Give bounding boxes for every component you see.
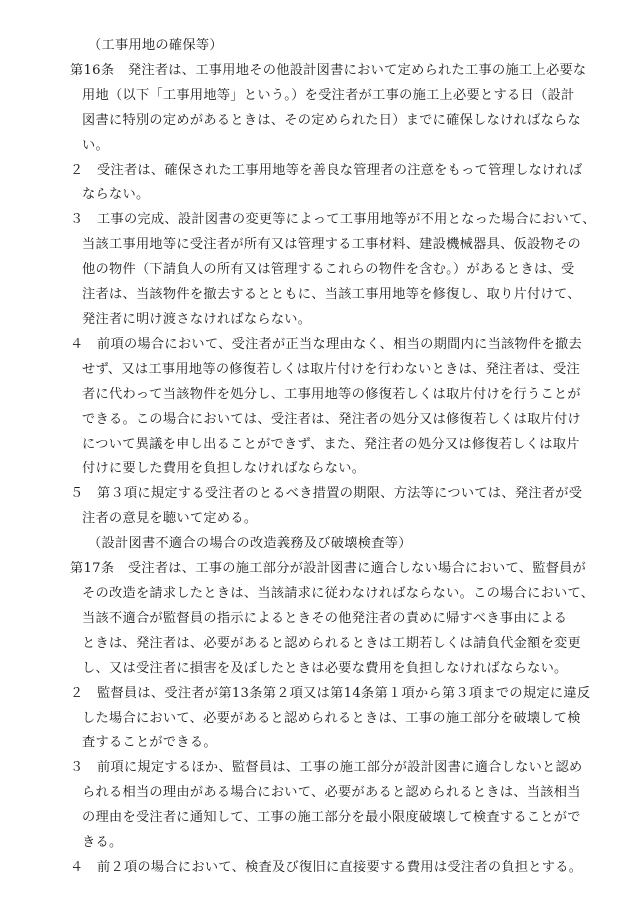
paragraph-first-line: ２ 監督員は、受注者が第13条第２項又は第14条第１項から第３項までの規定に違反 (70, 685, 590, 703)
paragraph-continuation-line: 他の物件（下請負人の所有又は管理するこれらの物件を含む。）があるときは、受 (82, 261, 574, 279)
paragraph-continuation-line: きる。 (82, 834, 122, 852)
paragraph-continuation-line: 図書に特別の定めがあるときは、その定められた日）までに確保しなければならな (82, 112, 581, 130)
document-page: （工事用地の確保等）第16条 発注者は、工事用地その他設計図書において定められた… (0, 0, 630, 903)
paragraph-continuation-line: 用地（以下「工事用地等」という。）を受注者が工事の施工上必要とする日（設計 (82, 87, 574, 105)
paragraph-continuation-line: 者に代わって当該物件を処分し、工事用地等の修復若しくは取片付けを行うことが (82, 386, 581, 404)
article-heading: （工事用地の確保等） (88, 37, 223, 55)
paragraph-continuation-line: せず、又は工事用地等の修復若しくは取片付けを行わないときは、発注者は、受注 (82, 361, 580, 379)
paragraph-continuation-line: 査することができる。 (82, 734, 217, 752)
paragraph-continuation-line: 発注者に明け渡さなければならない。 (82, 311, 311, 329)
paragraph-continuation-line: い。 (82, 137, 109, 155)
paragraph-first-line: ４ 前２項の場合において、検査及び復旧に直接要する費用は受注者の負担とする。 (70, 859, 582, 877)
paragraph-first-line: ５ 第３項に規定する受注者のとるべき措置の期限、方法等については、発注者が受 (70, 485, 582, 503)
article-heading: （設計図書不適合の場合の改造義務及び破壊検査等） (88, 535, 412, 553)
paragraph-continuation-line: その改造を請求したときは、当該請求に従わなければならない。この場合において、 (82, 585, 594, 603)
article-first-line: 第17条 受注者は、工事の施工部分が設計図書に適合しない場合において、監督員が (70, 560, 586, 578)
paragraph-continuation-line: ならない。 (82, 186, 149, 204)
paragraph-continuation-line: した場合において、必要があると認められるときは、工事の施工部分を破壊して検 (82, 710, 581, 728)
article-first-line: 第16条 発注者は、工事用地その他設計図書において定められた工事の施工上必要な (70, 62, 586, 80)
paragraph-continuation-line: られる相当の理由がある場合において、必要があると認められるときは、当該相当 (82, 784, 581, 802)
paragraph-first-line: ４ 前項の場合において、受注者が正当な理由なく、相当の期間内に当該物件を撤去 (70, 336, 582, 354)
paragraph-continuation-line: の理由を受注者に通知して、工事の施工部分を最小限度破壊して検査することがで (82, 809, 581, 827)
paragraph-continuation-line: できる。この場合においては、受注者は、発注者の処分又は修復若しくは取片付け (82, 411, 581, 429)
paragraph-continuation-line: 当該不適合が監督員の指示によるときその他発注者の責めに帰すべき事由による (82, 610, 567, 628)
paragraph-continuation-line: ときは、発注者は、必要があると認められるときは工期若しくは請負代金額を変更 (82, 635, 581, 653)
paragraph-first-line: ３ 工事の完成、設計図書の変更等によって工事用地等が不用となった場合において、 (70, 211, 596, 229)
paragraph-continuation-line: 注者の意見を聴いて定める。 (82, 510, 257, 528)
paragraph-continuation-line: 注者は、当該物件を撤去するとともに、当該工事用地等を修復し、取り片付けて、 (82, 286, 581, 304)
paragraph-first-line: ３ 前項に規定するほか、監督員は、工事の施工部分が設計図書に適合しないと認め (70, 759, 583, 777)
paragraph-continuation-line: 当該工事用地等に受注者が所有又は管理する工事材料、建設機械器具、仮設物その (82, 236, 581, 254)
paragraph-continuation-line: し、又は受注者に損害を及ぼしたときは必要な費用を負担しなければならない。 (82, 660, 568, 678)
paragraph-first-line: ２ 受注者は、確保された工事用地等を善良な管理者の注意をもって管理しなければ (70, 162, 583, 180)
paragraph-continuation-line: 付けに要した費用を負担しなければならない。 (82, 460, 365, 478)
paragraph-continuation-line: について異議を申し出ることができず、また、発注者の処分又は修復若しくは取片 (82, 436, 580, 454)
